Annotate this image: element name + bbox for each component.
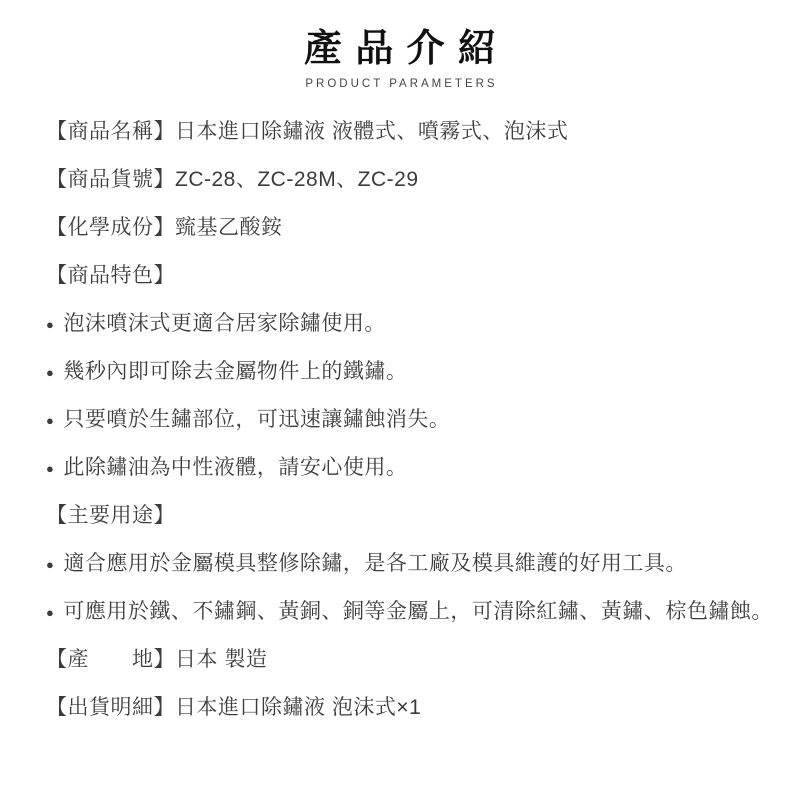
line-text: 【化學成份】巰基乙酸銨 bbox=[46, 214, 283, 242]
bullet-icon: ● bbox=[46, 414, 54, 427]
feature-bullet-item: ● 此除鏽油為中性液體，請安心使用。 bbox=[46, 444, 764, 492]
line-text: 【商品貨號】ZC-28、ZC-28M、ZC-29 bbox=[46, 166, 419, 194]
bullet-icon: ● bbox=[46, 318, 54, 331]
line-text: 【主要用途】 bbox=[46, 502, 175, 530]
line-text: 泡沫噴沫式更適合居家除鏽使用。 bbox=[63, 310, 386, 338]
product-parameters-list: 【商品名稱】日本進口除鏽液 液體式、噴霧式、泡沫式 【商品貨號】ZC-28、ZC… bbox=[46, 108, 764, 732]
field-chemical-composition: 【化學成份】巰基乙酸銨 bbox=[46, 204, 764, 252]
line-text: 【產 地】日本 製造 bbox=[46, 646, 267, 674]
feature-bullet-item: ● 幾秒內即可除去金屬物件上的鐵鏽。 bbox=[46, 348, 764, 396]
bullet-icon: ● bbox=[46, 366, 54, 379]
page-header: 產品介紹 PRODUCT PARAMETERS bbox=[0, 26, 800, 91]
page-subtitle: PRODUCT PARAMETERS bbox=[0, 77, 800, 91]
field-origin: 【產 地】日本 製造 bbox=[46, 636, 764, 684]
feature-bullet-item: ● 泡沫噴沫式更適合居家除鏽使用。 bbox=[46, 300, 764, 348]
feature-bullet-item: ● 只要噴於生鏽部位，可迅速讓鏽蝕消失。 bbox=[46, 396, 764, 444]
section-label-features: 【商品特色】 bbox=[46, 252, 764, 300]
line-text: 幾秒內即可除去金屬物件上的鐵鏽。 bbox=[63, 358, 407, 386]
use-bullet-item: ● 適合應用於金屬模具整修除鏽，是各工廠及模具維護的好用工具。 bbox=[46, 540, 764, 588]
page-title: 產品介紹 bbox=[0, 26, 800, 72]
line-text: 可應用於鐵、不鏽鋼、黃銅、銅等金屬上，可清除紅鏽、黃鏽、棕色鏽蝕。 bbox=[63, 598, 773, 626]
use-bullet-item: ● 可應用於鐵、不鏽鋼、黃銅、銅等金屬上，可清除紅鏽、黃鏽、棕色鏽蝕。 bbox=[46, 588, 764, 636]
line-text: 此除鏽油為中性液體，請安心使用。 bbox=[63, 454, 407, 482]
field-product-name: 【商品名稱】日本進口除鏽液 液體式、噴霧式、泡沫式 bbox=[46, 108, 764, 156]
line-text: 適合應用於金屬模具整修除鏽，是各工廠及模具維護的好用工具。 bbox=[63, 550, 687, 578]
bullet-icon: ● bbox=[46, 462, 54, 475]
product-introduction-page: 產品介紹 PRODUCT PARAMETERS 【商品名稱】日本進口除鏽液 液體… bbox=[0, 0, 800, 800]
line-text: 【出貨明細】日本進口除鏽液 泡沫式×1 bbox=[46, 694, 421, 722]
field-shipping-details: 【出貨明細】日本進口除鏽液 泡沫式×1 bbox=[46, 684, 764, 732]
bullet-icon: ● bbox=[46, 558, 54, 571]
line-text: 【商品名稱】日本進口除鏽液 液體式、噴霧式、泡沫式 bbox=[46, 118, 568, 146]
section-label-main-uses: 【主要用途】 bbox=[46, 492, 764, 540]
line-text: 只要噴於生鏽部位，可迅速讓鏽蝕消失。 bbox=[63, 406, 450, 434]
field-product-code: 【商品貨號】ZC-28、ZC-28M、ZC-29 bbox=[46, 156, 764, 204]
bullet-icon: ● bbox=[46, 606, 54, 619]
line-text: 【商品特色】 bbox=[46, 262, 175, 290]
